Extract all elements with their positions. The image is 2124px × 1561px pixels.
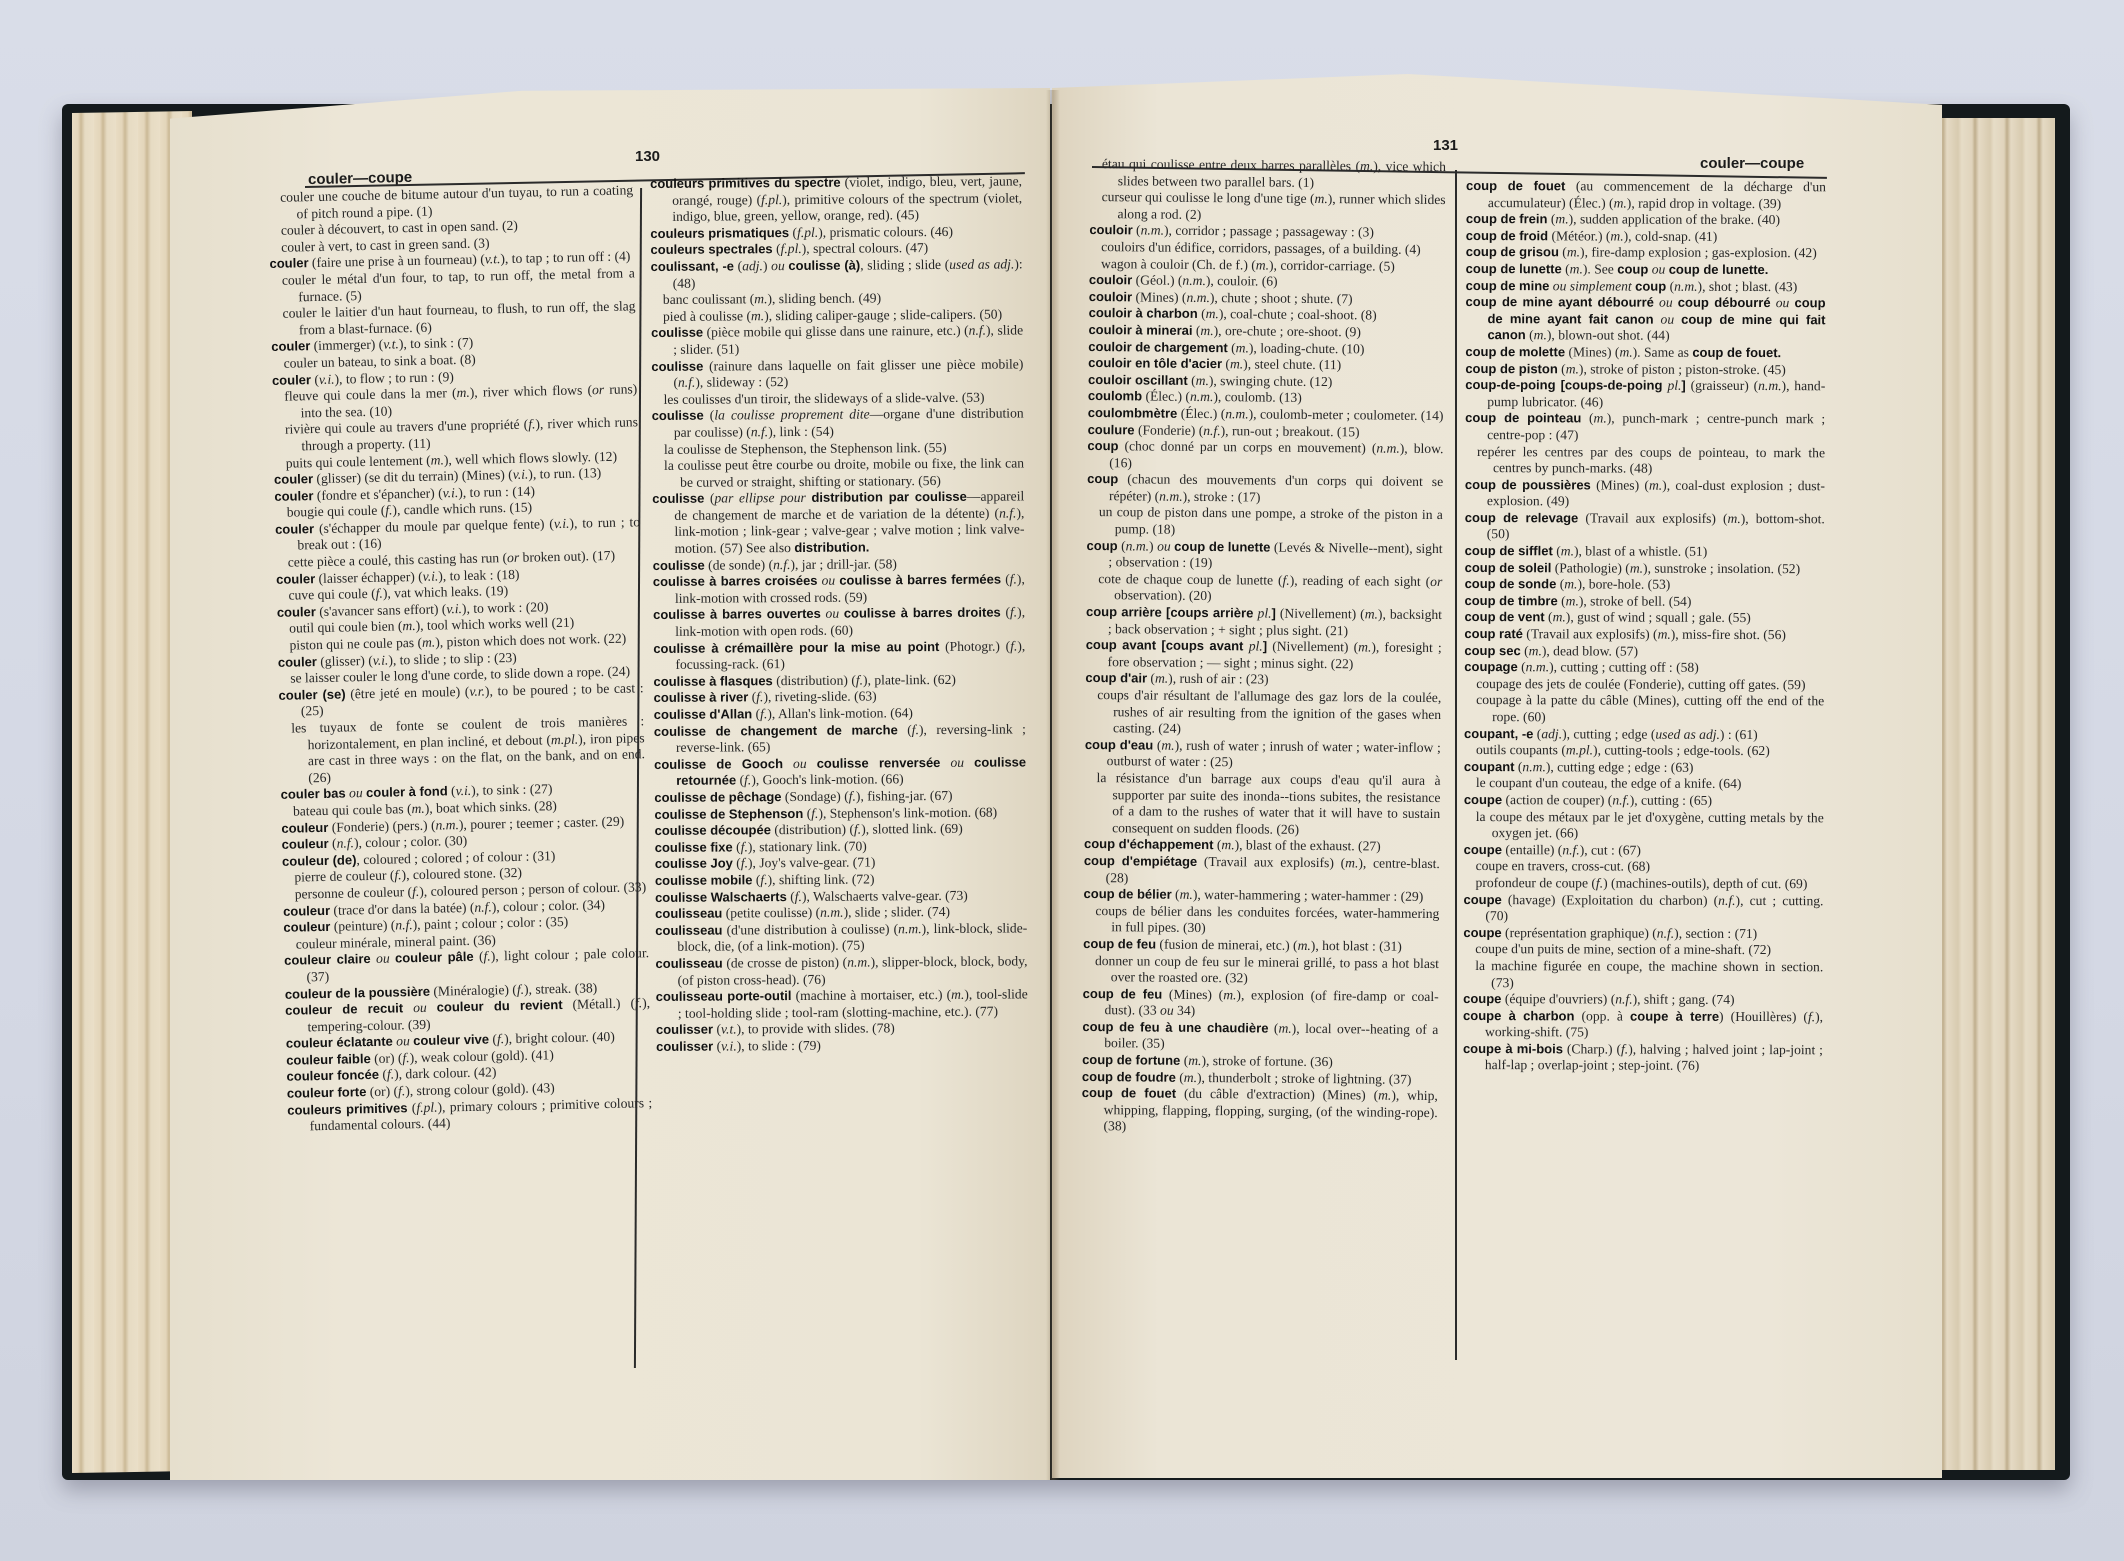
definition-text: ), ore-chute ; ore-shoot. (9) (1214, 323, 1361, 339)
headword: couleur (281, 819, 328, 835)
dictionary-subentry: la machine figurée en coupe, the machine… (1463, 958, 1823, 992)
definition-text: (Travail aux explosifs) ( (1197, 854, 1345, 870)
definition-text: ), run-out ; breakout. (15) (1221, 423, 1360, 439)
definition-text: ), steel chute. (11) (1243, 356, 1341, 372)
grammar-note: n.f. (1562, 842, 1579, 857)
definition-text: ( (1153, 737, 1161, 752)
definition-text: (machine à mortaiser, etc.) ( (791, 987, 951, 1003)
dictionary-entry: coulisse de Stephenson (f.), Stephenson'… (654, 804, 1026, 823)
grammar-note: n.f. (773, 557, 790, 572)
headword: coup de lunette (1466, 261, 1562, 276)
dictionary-subentry: curseur qui coulisse le long d'une tige … (1089, 189, 1445, 225)
headword: coulisse fixe (655, 839, 733, 855)
definition-text: ( (734, 258, 742, 273)
headword: couloir à minerai (1088, 322, 1192, 338)
grammar-note: n.f. (474, 899, 492, 914)
definition-text: ( (1147, 671, 1155, 686)
definition-text: ), to slide ; to slip : (23) (388, 650, 517, 668)
grammar-note: v.i. (721, 1038, 737, 1053)
definition-text: ( (713, 1022, 721, 1037)
definition-text: couler le métal d'un four, to tap, to ru… (282, 265, 635, 304)
grammar-note: f.pl. (761, 192, 782, 207)
definition-text: ), fire-damp explosion ; gas-explosion. … (1580, 245, 1817, 261)
definition-text: ), shift ; gang. (74) (1633, 992, 1735, 1007)
definition-text: ), slideway : (52) (695, 374, 788, 390)
grammar-note: v.i. (446, 601, 462, 616)
definition-text: ), sliding bench. (49) (767, 291, 881, 307)
definition-text: coupage à la patte du câble (Mines), cut… (1476, 692, 1824, 724)
dictionary-subentry: coups de bélier dans les conduites forcé… (1083, 903, 1439, 939)
headword: couler (269, 256, 308, 272)
grammar-note: v.i. (554, 516, 570, 531)
definition-text: (de crosse de piston) ( (723, 955, 848, 971)
headword: coup de mine ayant débourré (1466, 294, 1654, 310)
definition-text: bateau qui coule bas ( (293, 801, 412, 818)
definition-text: coups de bélier dans les conduites forcé… (1095, 903, 1439, 936)
definition-text: ( (1172, 887, 1180, 902)
grammar-note: m. (754, 291, 767, 306)
dictionary-entry: coupant, -e (adj.), cutting ; edge (used… (1464, 726, 1824, 744)
headword: coup d'air (1085, 670, 1147, 686)
grammar-note: m. (411, 801, 425, 816)
dictionary-entry: coup avant [coups avant pl.] (Nivellemen… (1086, 637, 1442, 673)
definition-text: ), to tap ; to run off : (4) (500, 249, 630, 267)
headword: coup (1087, 471, 1118, 486)
definition-text: wagon à couloir (Ch. de f.) ( (1101, 256, 1256, 272)
headword: couloir en tôle d'acier (1088, 355, 1222, 371)
definition-text: (action de couper) ( (1502, 792, 1612, 807)
headword: coulisseau porte-outil (656, 988, 792, 1004)
dictionary-entry: coulisseau (de crosse de piston) (n.m.),… (655, 953, 1027, 989)
grammar-note: n.m. (1674, 278, 1697, 293)
grammar-note: m. (1155, 671, 1168, 686)
grammar-note: v.t. (721, 1022, 737, 1037)
dictionary-entry: coup de piston (m.), stroke of piston ; … (1465, 361, 1825, 379)
grammar-note: m. (1553, 610, 1566, 625)
headword: coulisse à crémaillère pour la mise au p… (653, 639, 939, 656)
definition-text: ), slide ; slider. (74) (843, 904, 950, 920)
headword: couler (se) (278, 686, 345, 702)
definition-text: ), cutting : (65) (1630, 793, 1712, 808)
dictionary-entry: coup de timbre (m.), stroke of bell. (54… (1464, 593, 1824, 611)
headword: coulisse (651, 325, 703, 340)
grammar-note: ou simplement (1549, 278, 1635, 293)
headword: coulisser (656, 1022, 713, 1037)
headword: couleurs primitives (287, 1100, 407, 1118)
grammar-note: m. (1567, 245, 1580, 260)
definition-text: (Charp.) ( (1563, 1041, 1621, 1056)
dictionary-entry: coulisse (la coulisse proprement dite—or… (652, 406, 1024, 442)
headword: coup de fouet. (1692, 345, 1781, 360)
grammar-note: m.pl. (1566, 743, 1593, 758)
definition-text: ), strong colour (gold). (43) (405, 1080, 555, 1098)
definition-text: couloirs d'un édifice, corridors, passag… (1101, 239, 1421, 257)
definition-text: (Fonderie) (pers.) ( (328, 817, 435, 834)
definition-text: personne de couleur ( (295, 884, 413, 901)
definition-text: (d'une distribution à coulisse) ( (722, 921, 898, 937)
definition-text: (représentation graphique) ( (1502, 925, 1657, 941)
grammar-note: m. (1223, 987, 1236, 1002)
dictionary-entry: coup de lunette (m.). See coup ou coup d… (1466, 261, 1826, 279)
definition-text: ( (803, 805, 811, 820)
dictionary-entry: coup de fouet (au commencement de la déc… (1466, 178, 1826, 212)
grammar-note: n.f. (969, 323, 986, 338)
definition-text: ( (1192, 323, 1200, 338)
grammar-note: m. (422, 635, 436, 650)
dictionary-subentry: la coupe des métaux par le jet d'oxygène… (1464, 809, 1824, 843)
dictionary-subentry: les tuyaux de fonte se coulent de trois … (279, 713, 645, 787)
definition-text: ), cut : (67) (1580, 842, 1641, 857)
headword: coup de mine (1466, 278, 1550, 293)
grammar-note: ou (346, 785, 367, 800)
definition-text: (Nivellement) ( (1276, 606, 1365, 622)
definition-text: outil qui coule bien ( (289, 619, 403, 636)
definition-text: ( (1001, 572, 1010, 587)
grammar-note: v.i. (319, 371, 335, 386)
definition-text: ( (1545, 610, 1553, 625)
grammar-note: m. (1658, 627, 1671, 642)
definition-text: ), to leak : (18) (438, 566, 519, 583)
definition-text: ), tool which works well (21) (415, 615, 574, 633)
definition-text: ( (1553, 543, 1561, 558)
definition-text: ), jar ; drill-jar. (58) (790, 556, 897, 572)
grammar-note: v.i. (513, 467, 529, 482)
definition-text: ( (789, 225, 797, 240)
dictionary-subentry: cote de chaque coup de lunette (f.), rea… (1086, 571, 1442, 607)
definition-text: ( (1559, 245, 1567, 260)
grammar-note: m. (1236, 340, 1249, 355)
grammar-note: n.m. (435, 817, 459, 832)
headword: coupant (1464, 759, 1515, 774)
definition-text: (faire une prise à un fourneau) ( (308, 252, 485, 271)
definition-text: ), cutting edge ; edge : (63) (1546, 759, 1694, 775)
headword: coupe (1464, 792, 1502, 807)
grammar-note: n.m. (1159, 488, 1183, 503)
definition-text: la coulisse de Stephenson, the Stephenso… (664, 439, 947, 456)
definition-text: (équipe d'ouvriers) ( (1501, 991, 1615, 1006)
definition-text: (laisser échapper) ( (315, 569, 423, 586)
definition-text: ), boat which sinks. (28) (425, 798, 557, 816)
grammar-note: m.pl. (551, 731, 578, 747)
grammar-note: m. (1360, 158, 1373, 173)
grammar-note: adj. (742, 258, 763, 273)
definition-text: ( (1581, 411, 1593, 426)
definition-text: ) (Houillères) ( (1719, 1009, 1808, 1024)
definition-text: ), to slide : (79) (737, 1038, 821, 1054)
headword: coulisse renversée (817, 755, 941, 771)
headword: coup de poussières (1465, 477, 1591, 492)
grammar-note: m. (1200, 323, 1213, 338)
headword: coulisse de pêchage (654, 789, 781, 805)
definition-text: (Métall.) ( (562, 996, 635, 1013)
dictionary-entry: coupe (représentation graphique) (n.f.),… (1463, 925, 1823, 943)
definition-text: ), to sink : (27) (471, 782, 552, 799)
dictionary-entry: coulissant, -e (adj.) ou coulisse (à), s… (651, 256, 1023, 292)
definition-text: ), streak. (38) (524, 980, 598, 997)
definition-text: ), colour ; color. (30) (354, 833, 468, 850)
dictionary-entry: coupe (havage) (Exploitation du charbon)… (1463, 892, 1823, 926)
definition-text: (Mines) ( (1591, 477, 1649, 492)
definition-text: ) (1149, 538, 1157, 553)
grammar-note: n.f. (678, 375, 695, 390)
definition-text: ), blast of the exhaust. (27) (1235, 838, 1381, 854)
grammar-note: m. (1529, 643, 1542, 658)
headword: coup d'empiétage (1084, 853, 1197, 869)
dictionary-entry: coup de mine ou simplement coup (n.m.), … (1466, 278, 1826, 296)
dictionary-entry: couleurs primitives du spectre (violet, … (650, 173, 1022, 225)
definition-text: (Pathologie) ( (1551, 560, 1630, 575)
definition-text: ( (787, 889, 795, 904)
definition-text: ), paint ; colour ; color : (35) (413, 914, 569, 932)
grammar-note: ou (403, 1000, 437, 1016)
grammar-note: n.m. (1186, 290, 1210, 305)
grammar-note: m. (1188, 1053, 1201, 1068)
dictionary-entry: coup de molette (Mines) (m.). Same as co… (1465, 344, 1825, 362)
dictionary-entry: coupant (n.m.), cutting edge ; edge : (6… (1464, 759, 1824, 777)
definition-text: (fondre et s'épancher) ( (313, 485, 443, 503)
grammar-note: f. (756, 690, 763, 705)
definition-text: ), shot ; blast. (43) (1698, 278, 1798, 293)
headword: coulisse (à) (788, 258, 860, 274)
definition-text: (fusion de minerai, etc.) ( (1156, 937, 1298, 953)
definition-text: la résistance d'un barrage aux coups d'e… (1097, 770, 1441, 837)
definition-text: (choc donné par un corps en mouvement) ( (1118, 438, 1376, 455)
headword: couler (275, 521, 314, 537)
headword: coulisse (652, 408, 704, 423)
dictionary-entry: coup raté (Travail aux explosifs) (m.), … (1464, 626, 1824, 644)
definition-text: ( (1514, 759, 1522, 774)
definition-text: ) (763, 258, 771, 273)
definition-text: ), corridor-carriage. (5) (1269, 257, 1395, 273)
grammar-note: n.m. (898, 921, 922, 936)
grammar-note: f. (760, 706, 767, 721)
definition-text: puits qui coule lentement ( (286, 452, 431, 470)
grammar-note: adj. (1541, 726, 1562, 741)
headword: couler (272, 372, 311, 388)
right-page-column-1: étau qui coulisse entre deux barres para… (1081, 156, 1446, 1138)
grammar-note: m. (1728, 511, 1741, 526)
definition-text: ( (1198, 306, 1206, 321)
definition-text: ), to run. (13) (528, 465, 601, 482)
definition-text: ), link : (54) (768, 424, 834, 439)
definition-text: ), prismatic colours. (46) (818, 224, 953, 240)
definition-text: (Mines) ( (1162, 986, 1223, 1002)
dictionary-subentry: coups d'air résultant de l'allumage des … (1085, 687, 1441, 740)
definition-text: ), cutting-tools ; edge-tools. (62) (1593, 743, 1770, 759)
headword: couleur claire (284, 951, 371, 968)
headword: couler (274, 471, 313, 487)
right-page-column-2: coup de fouet (au commencement de la déc… (1463, 178, 1826, 1075)
dictionary-entry: coulisse (pièce mobile qui glisse dans u… (651, 323, 1023, 359)
headword: coup de piston (1465, 361, 1558, 376)
headword: couleurs primitives du spectre (650, 175, 841, 191)
headword: couler bas (281, 786, 346, 802)
definition-text: ( (1556, 577, 1564, 592)
grammar-note: n.m. (1522, 759, 1545, 774)
headword: coup débourré (1678, 295, 1771, 310)
definition-text: (Mines) ( (1132, 289, 1187, 304)
definition-text: ), cutting ; edge ( (1562, 726, 1655, 741)
headword: coulissant, -e (651, 258, 734, 274)
definition-text: (distribution) ( (771, 822, 854, 838)
headword: coup de sifflet (1465, 543, 1553, 558)
headword: coulisse de Gooch (654, 756, 783, 772)
definition-text: ), to work : (20) (462, 599, 549, 616)
headword: coup de grisou (1466, 244, 1559, 259)
definition-text: ), bore-hole. (53) (1577, 577, 1670, 592)
definition-text: ), coulomb-meter ; coulometer. (14) (1249, 406, 1444, 423)
definition-text: coupe d'un puits de mine, section of a m… (1475, 941, 1771, 957)
definition-text: ) (machines-outils), depth of cut. (69) (1603, 875, 1807, 891)
definition-text: ( (704, 491, 714, 506)
definition-text: pied à coulisse ( (663, 308, 751, 324)
definition-text: ( (704, 408, 715, 423)
grammar-note: m. (1365, 606, 1378, 621)
headword: coup de molette (1465, 344, 1565, 359)
definition-text: ), riveting-slide. (63) (763, 689, 876, 705)
grammar-note: used as adj. (949, 256, 1014, 271)
definition-text: curseur qui coulisse le long d'une tige … (1102, 189, 1315, 206)
definition-text: ). See (1583, 261, 1617, 276)
definition-text: ( (1118, 538, 1126, 553)
headword: coup d'eau (1085, 737, 1153, 753)
headword: coulisseau (655, 922, 722, 937)
definition-text: ( (713, 1038, 721, 1053)
definition-text: ), section : (71) (1674, 925, 1757, 940)
headword: couleurs spectrales (650, 242, 772, 258)
dictionary-entry: coupe (entaille) (n.f.), cut : (67) (1464, 842, 1824, 860)
definition-text: ), sliding caliper-gauge ; slide-caliper… (764, 306, 1002, 323)
definition-text: (entaille) ( (1502, 842, 1562, 857)
headword: couloir à charbon (1089, 305, 1198, 321)
headword: couleur (283, 919, 330, 935)
grammar-note: ou (1654, 295, 1678, 310)
definition-text: ), blast of a whistle. (51) (1574, 543, 1707, 558)
definition-text: ), plate-link. (62) (863, 672, 956, 688)
definition-text: ( (407, 1100, 416, 1115)
definition-text: couler un bateau, to sink a boat. (8) (283, 352, 475, 371)
dictionary-entry: coulisse de Gooch ou coulisse renversée … (654, 754, 1026, 790)
grammar-note: f. (856, 672, 863, 687)
headword: coup de foudre (1082, 1069, 1176, 1085)
definition-text: (Sondage) ( (781, 789, 848, 804)
definition-text: ( (898, 722, 912, 737)
definition-text: ), gust of wind ; squall ; gale. (55) (1566, 610, 1751, 626)
dictionary-entry: coup de soleil (Pathologie) (m.), sunstr… (1465, 560, 1825, 578)
dictionary-entry: coulisse (par ellipse pour distribution … (652, 489, 1024, 558)
definition-text: ( (733, 856, 741, 871)
headword: coup de timbre (1464, 593, 1557, 608)
definition-text: ), rush of air : (23) (1168, 671, 1269, 687)
grammar-note: n.f. (1203, 422, 1221, 437)
grammar-note: or (507, 550, 519, 565)
definition-text: (Mines) ( (1565, 344, 1619, 359)
grammar-note: m. (1630, 560, 1643, 575)
definition-text: ), river which flows ( (470, 382, 593, 400)
definition-text: ), loading-chute. (10) (1249, 340, 1365, 356)
headword: coupe à terre (1630, 1008, 1719, 1023)
grammar-note: n.f. (999, 505, 1016, 520)
headword: coup de lunette. (1669, 262, 1769, 277)
headword: couleur (283, 902, 330, 918)
headword: coupant, -e (1464, 726, 1533, 741)
definition-text: la coupe des métaux par le jet d'oxygène… (1476, 809, 1824, 841)
dictionary-entry: coulisse à barres ouvertes ou coulisse à… (653, 605, 1025, 641)
grammar-note: f. (811, 805, 818, 820)
definition-text: ( (748, 690, 756, 705)
definition-text: ( (1222, 356, 1230, 371)
grammar-note: n.m. (1182, 273, 1206, 288)
grammar-note: m. (1594, 411, 1607, 426)
headword: couleur éclatante (286, 1034, 393, 1051)
headword: couleur forte (287, 1084, 367, 1101)
grammar-note: m. (1298, 938, 1311, 953)
definition-text: (Géol.) ( (1132, 273, 1182, 288)
headword: distribution. (794, 540, 869, 556)
dictionary-subentry: coupe d'un puits de mine, section of a m… (1463, 941, 1823, 959)
definition-text: (havage) (Exploitation du charbon) ( (1502, 892, 1718, 908)
headword: coulisse à barres ouvertes (653, 606, 821, 622)
headword: coupe (1463, 892, 1501, 907)
definition-text: ), dead blow. (57) (1542, 643, 1638, 658)
grammar-note: ou (817, 573, 839, 588)
headword: couloir de chargement (1088, 339, 1228, 355)
definition-text: bougie qui coule ( (287, 503, 386, 520)
headword: couleur (282, 836, 329, 852)
headword: coulisse à barres fermées (839, 572, 1001, 588)
definition-text: ), reading of each sight ( (1290, 573, 1431, 589)
dictionary-subentry: coupage à la patte du câble (Mines), cut… (1464, 692, 1824, 726)
grammar-note: n.m. (1526, 659, 1549, 674)
definition-text: ), pourer ; teemer ; caster. (29) (459, 813, 625, 831)
dictionary-subentry: profondeur de coupe (f.) (machines-outil… (1464, 875, 1824, 893)
grammar-note: pl. (1258, 606, 1272, 621)
definition-text: ), swinging chute. (12) (1209, 373, 1333, 389)
definition-text: ), Stephenson's link-motion. (68) (818, 804, 997, 820)
definition-text: outils coupants ( (1476, 742, 1566, 757)
grammar-note: m. (1345, 855, 1358, 870)
definition-text: ), weak colour (gold). (41) (409, 1047, 553, 1065)
headword: coup (1635, 278, 1666, 293)
grammar-note: n.f. (1615, 992, 1632, 1007)
headword: coulomb (1088, 388, 1142, 403)
dictionary-entry: coulisse à barres croisées ou coulisse à… (653, 572, 1025, 608)
dictionary-subentry: la résistance d'un barrage aux coups d'e… (1084, 770, 1441, 839)
definition-text: (glisser) ( (317, 653, 373, 669)
grammar-note: n.f. (1657, 925, 1674, 940)
grammar-note: v.r. (469, 683, 485, 698)
dictionary-subentry: repérer les centres par des coups de poi… (1465, 443, 1825, 477)
definition-text: , coloured ; colored ; of colour : (31) (356, 848, 555, 867)
definition-text: ), to provide with slides. (78) (737, 1021, 895, 1037)
headword: couleur vive (413, 1032, 489, 1049)
definition-text: ( (1176, 1069, 1184, 1084)
definition-text: (distribution) ( (773, 672, 856, 688)
grammar-note: la coulisse proprement dite (714, 407, 869, 423)
grammar-note: m. (1161, 737, 1174, 752)
definition-text: ), rapid drop in voltage. (39) (1627, 195, 1781, 211)
definition-text: (Fonderie) ( (1135, 422, 1204, 438)
dictionary-subentry: coupe en travers, cross-cut. (68) (1464, 858, 1824, 876)
headword: couler (274, 488, 313, 504)
definition-text: ), spectral colours. (47) (802, 240, 929, 256)
headword: coup de feu (1083, 986, 1163, 1002)
grammar-note: m. (456, 385, 470, 400)
definition-text: (or) ( (366, 1084, 398, 1100)
grammar-note: ou (940, 755, 974, 770)
grammar-note: v.t. (383, 337, 399, 352)
headword: couler (276, 571, 315, 587)
